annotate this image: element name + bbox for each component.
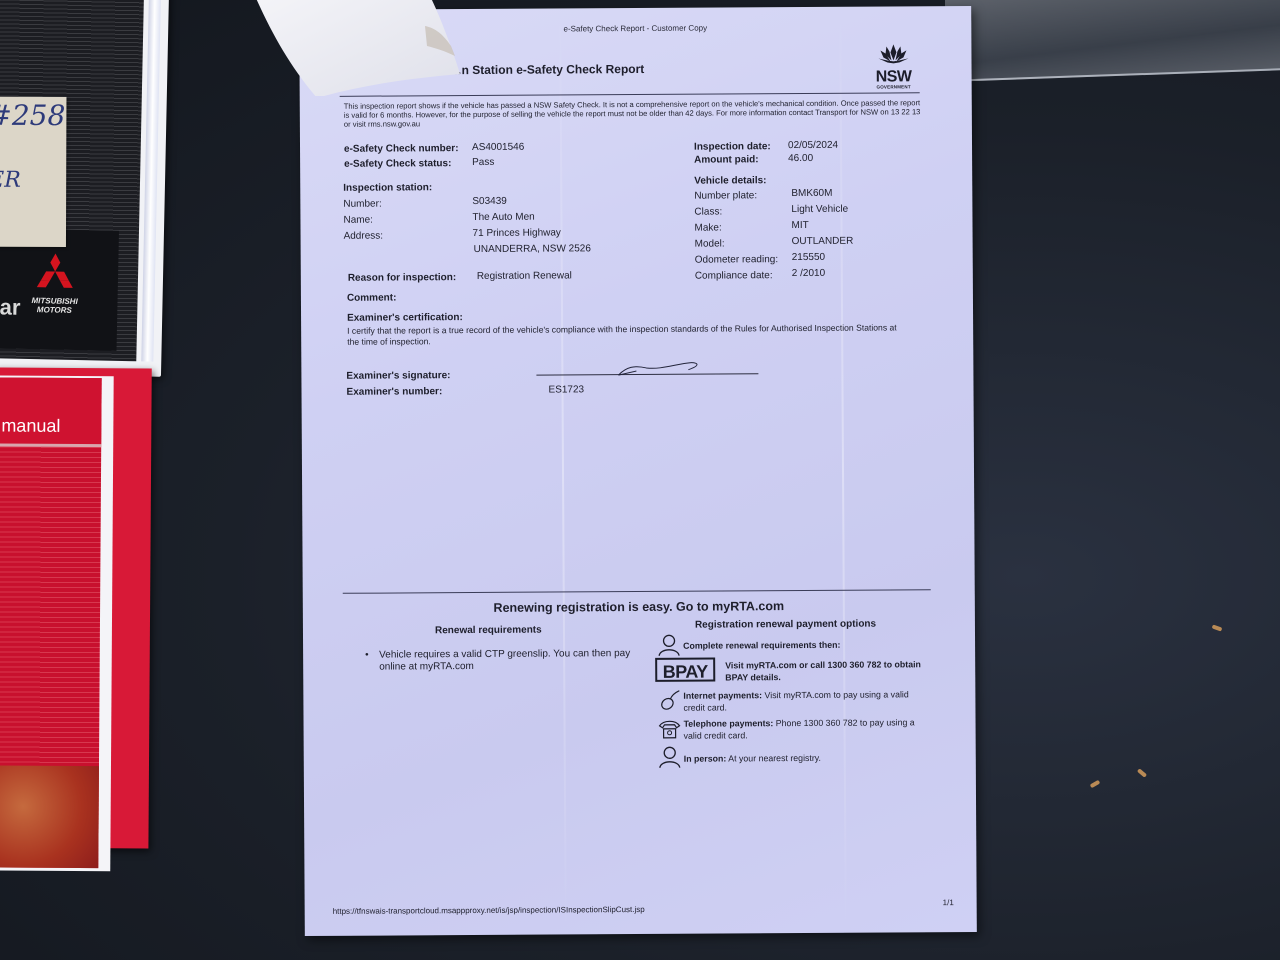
model-label: Model: [695,238,725,249]
make-label: Make: [694,222,721,233]
plate-value: BMK60M [791,188,832,199]
manual-bottom-band [0,765,99,868]
station-heading: Inspection station: [343,182,432,194]
manual-divider [0,443,101,447]
telephone-icon [658,718,682,740]
curled-sticker [255,0,465,96]
sticky-note-number: #258 [0,99,65,132]
certification-text: I certify that the report is a true reco… [347,322,907,347]
report-intro: This inspection report shows if the vehi… [344,98,924,129]
odometer-value: 215550 [792,252,825,263]
examiner-signature [616,361,706,378]
payment-internet-label: Internet payments: [683,690,762,700]
debris [1137,768,1147,777]
examiner-number-value: ES1723 [548,384,584,395]
plastic-bag [945,0,1280,82]
mitsubishi-logo: MITSUBISHI MOTORS [31,251,78,315]
payment-telephone-label: Telephone payments: [684,718,774,729]
waratah-icon [875,42,911,64]
footer-url: https://tfnswais-transportcloud.msapppro… [333,905,645,916]
three-diamonds-icon [35,251,76,292]
debris [1212,624,1223,631]
requirement-item: Vehicle requires a valid CTP greenslip. … [365,648,659,674]
booklet-cover-text: car [0,294,21,321]
vehicle-heading: Vehicle details: [694,175,766,186]
payment-step-intro: Complete renewal requirements then: [683,638,953,652]
check-status-value: Pass [472,157,494,168]
bpay-logo: BPAY [655,658,715,682]
payment-in-person-label: In person: [684,753,727,763]
payment-telephone: Telephone payments: Phone 1300 360 782 t… [684,716,929,741]
handwritten-sticky-note: #258 I ER [0,97,66,247]
manual-title: manual [1,415,60,436]
comment-label: Comment: [347,292,397,303]
sticky-note-line: ER [0,169,21,193]
owners-manual-red: manual [0,367,162,873]
payment-options-heading: Registration renewal payment options [695,619,876,631]
inspection-date-label: Inspection date: [694,141,771,152]
compliance-value: 2 /2010 [792,268,825,279]
amount-paid-value: 46.00 [788,153,813,164]
paper-crease [559,8,567,934]
manual-front-cover: manual [0,377,102,868]
sticky-note-text: I ER [0,145,21,193]
check-number-value: AS4001546 [472,142,524,153]
person-icon [657,634,681,656]
payment-in-person: In person: At your nearest registry. [684,751,954,765]
mitsubishi-brand-line2: MOTORS [31,305,77,315]
plate-label: Number plate: [694,190,757,201]
payment-in-person-text: At your nearest registry. [726,753,821,764]
station-number-label: Number: [343,199,381,210]
mouse-icon [657,690,681,712]
reason-value: Registration Renewal [477,270,572,282]
paper-crease [839,7,847,933]
signature-label: Examiner's signature: [346,370,450,382]
sticky-note-line: I [0,145,21,169]
odometer-label: Odometer reading: [695,254,778,266]
requirements-heading: Renewal requirements [435,625,542,637]
payment-bpay: Visit myRTA.com or call 1300 360 782 to … [725,658,930,683]
debris [1090,780,1101,788]
station-name-label: Name: [343,215,373,226]
nsw-government-logo: NSW GOVERNMENT [871,42,915,89]
station-address-line2: UNANDERRA, NSW 2526 [474,243,591,255]
station-number-value: S03439 [472,196,507,207]
nsw-logo-text: NSW [872,69,916,84]
station-address-line1: 71 Princes Highway [473,227,561,239]
model-value: OUTLANDER [792,236,854,247]
station-address-label: Address: [344,231,384,242]
page-number: 1/1 [943,898,954,907]
certification-heading: Examiner's certification: [347,312,463,324]
class-value: Light Vehicle [791,204,848,215]
reason-label: Reason for inspection: [348,272,456,284]
person-icon [658,746,682,768]
report-title: …n Station e-Safety Check Report [450,62,645,77]
renewal-title: Renewing registration is easy. Go to myR… [303,598,975,616]
class-label: Class: [694,206,722,217]
safety-check-report: e-Safety Check Report - Customer Copy …n… [299,6,977,936]
owners-booklet-dark: #258 I ER car MITSUBISHI MOTORS [0,0,169,377]
station-name-value: The Auto Men [472,212,534,223]
examiner-number-label: Examiner's number: [346,386,442,398]
payment-internet: Internet payments: Visit myRTA.com to pa… [683,688,928,713]
booklet-page-edges [141,0,161,362]
amount-paid-label: Amount paid: [694,154,759,165]
check-status-label: e-Safety Check status: [344,158,451,170]
compliance-label: Compliance date: [695,270,773,281]
nsw-logo-subtitle: GOVERNMENT [872,84,916,89]
inspection-date-value: 02/05/2024 [788,140,838,151]
make-value: MIT [791,220,808,231]
check-number-label: e-Safety Check number: [344,143,459,155]
